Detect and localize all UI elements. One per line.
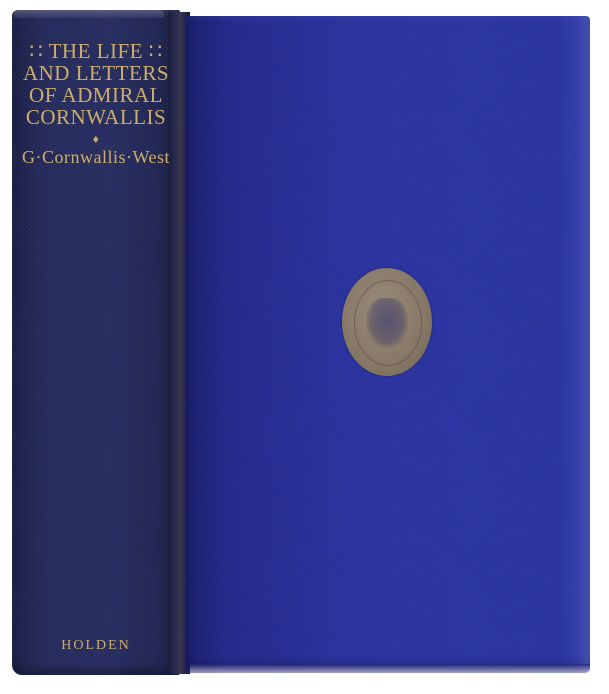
book-photo: ∷ THE LIFE ∷ AND LETTERS OF ADMIRAL CORN… — [0, 0, 609, 694]
spine-title: ∷ THE LIFE ∷ AND LETTERS OF ADMIRAL CORN… — [12, 40, 180, 128]
ornament-icon: ♦ — [12, 132, 180, 147]
spine-publisher: HOLDEN — [12, 638, 180, 654]
emblem-figure — [366, 298, 408, 348]
spine-title-line: AND LETTERS — [12, 62, 180, 84]
crest-emblem-icon — [342, 268, 432, 376]
spine-top-wear — [14, 10, 164, 18]
cover-bottom-edge — [190, 664, 590, 674]
spine-title-line: CORNWALLIS — [12, 106, 180, 128]
spine-title-line: ∷ THE LIFE ∷ — [12, 40, 180, 62]
spine-title-line: OF ADMIRAL — [12, 84, 180, 106]
spine-author: G·Cornwallis·West — [12, 147, 180, 168]
